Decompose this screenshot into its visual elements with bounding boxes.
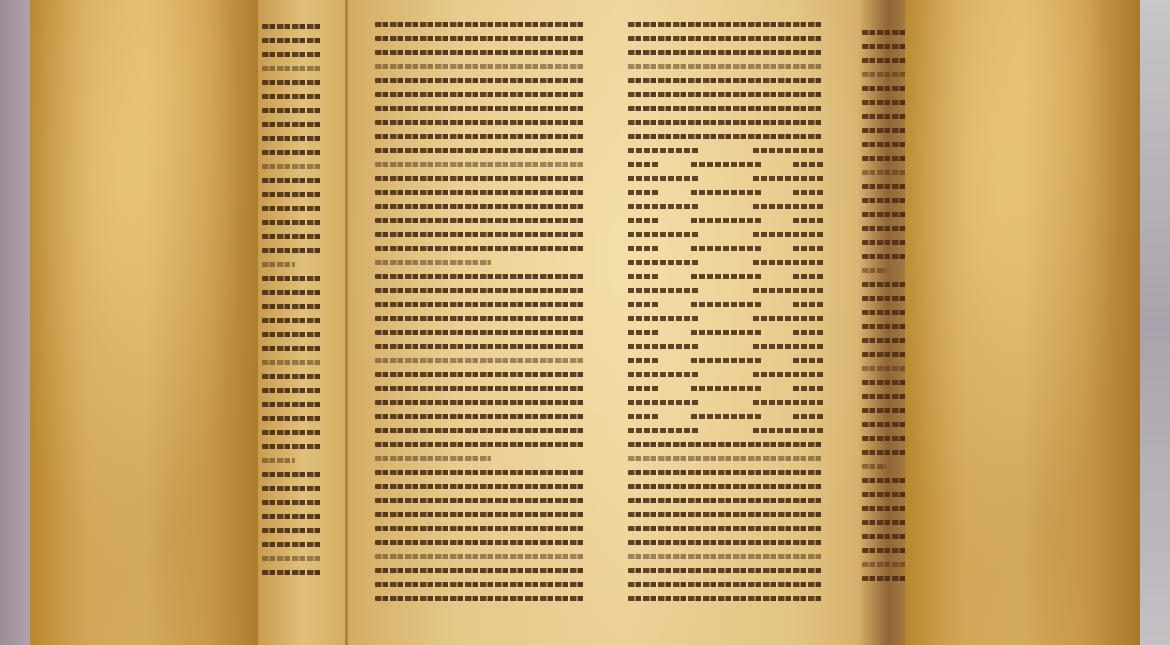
- song-line: [628, 190, 823, 195]
- text-line: [262, 570, 322, 575]
- song-line: [628, 176, 823, 181]
- text-line: [262, 136, 322, 141]
- text-line: [262, 556, 322, 561]
- text-line: [262, 220, 322, 225]
- text-line: [375, 162, 585, 167]
- song-line: [628, 428, 823, 433]
- text-line: [262, 416, 322, 421]
- text-line: [628, 22, 823, 27]
- text-line: [375, 288, 585, 293]
- text-line: [262, 444, 322, 449]
- text-line: [375, 134, 585, 139]
- text-line: [262, 304, 322, 309]
- text-line: [375, 218, 585, 223]
- text-line: [262, 430, 322, 435]
- text-line: [628, 512, 823, 517]
- text-line: [375, 316, 585, 321]
- song-line: [628, 400, 823, 405]
- text-line: [628, 442, 823, 447]
- text-line: [375, 400, 585, 405]
- text-line: [262, 192, 322, 197]
- text-line: [628, 92, 823, 97]
- text-line: [375, 568, 585, 573]
- text-line: [375, 36, 585, 41]
- song-line: [628, 204, 823, 209]
- text-line: [262, 150, 322, 155]
- text-line: [262, 486, 322, 491]
- text-line: [262, 262, 295, 267]
- song-line: [628, 414, 823, 419]
- song-line: [628, 260, 823, 265]
- text-line: [375, 148, 585, 153]
- text-line: [262, 164, 322, 169]
- song-line: [628, 162, 823, 167]
- text-line: [375, 274, 585, 279]
- text-column-center: [375, 22, 585, 610]
- text-line: [375, 596, 585, 601]
- text-line: [375, 428, 585, 433]
- text-line: [375, 456, 491, 461]
- text-line: [262, 346, 322, 351]
- text-line: [262, 402, 322, 407]
- song-line: [628, 344, 823, 349]
- text-line: [628, 554, 823, 559]
- text-line: [375, 302, 585, 307]
- song-line: [628, 288, 823, 293]
- text-line: [628, 120, 823, 125]
- text-line: [262, 276, 322, 281]
- text-line: [262, 290, 322, 295]
- song-line: [628, 232, 823, 237]
- text-line: [628, 78, 823, 83]
- text-line: [628, 596, 823, 601]
- text-line: [262, 178, 322, 183]
- text-line: [262, 206, 322, 211]
- text-line: [375, 22, 585, 27]
- text-line: [628, 498, 823, 503]
- text-line: [375, 50, 585, 55]
- text-line: [375, 526, 585, 531]
- text-line: [628, 484, 823, 489]
- scroll-roll-left: [30, 0, 265, 645]
- song-line: [628, 218, 823, 223]
- text-line: [375, 554, 585, 559]
- text-line: [262, 122, 322, 127]
- text-line: [262, 318, 322, 323]
- text-line: [375, 232, 585, 237]
- song-line: [628, 330, 823, 335]
- text-line: [262, 458, 295, 463]
- text-line: [262, 388, 322, 393]
- text-line: [375, 344, 585, 349]
- scroll-shadow: [858, 0, 908, 645]
- text-line: [375, 372, 585, 377]
- text-line: [375, 106, 585, 111]
- song-line: [628, 316, 823, 321]
- text-column-left: [262, 24, 322, 584]
- text-line: [375, 470, 585, 475]
- scroll-roll-right: [905, 0, 1140, 645]
- text-line: [375, 358, 585, 363]
- text-line: [262, 234, 322, 239]
- text-line: [262, 38, 322, 43]
- song-line: [628, 148, 823, 153]
- text-line: [375, 386, 585, 391]
- text-line: [375, 442, 585, 447]
- text-line: [375, 414, 585, 419]
- text-line: [375, 330, 585, 335]
- sheet-seam: [345, 0, 348, 645]
- text-line: [628, 64, 823, 69]
- song-line: [628, 302, 823, 307]
- text-line: [262, 248, 322, 253]
- text-line: [375, 260, 491, 265]
- song-line: [628, 372, 823, 377]
- song-line: [628, 358, 823, 363]
- text-line: [375, 78, 585, 83]
- text-line: [375, 540, 585, 545]
- text-line: [375, 120, 585, 125]
- text-line: [375, 190, 585, 195]
- text-line: [262, 24, 322, 29]
- text-line: [375, 204, 585, 209]
- text-line: [262, 52, 322, 57]
- text-line: [628, 106, 823, 111]
- song-line: [628, 386, 823, 391]
- text-line: [375, 498, 585, 503]
- text-line: [628, 470, 823, 475]
- text-column-song: [628, 22, 823, 610]
- text-line: [375, 582, 585, 587]
- text-line: [262, 374, 322, 379]
- text-line: [628, 36, 823, 41]
- text-line: [375, 512, 585, 517]
- text-line: [262, 66, 322, 71]
- text-line: [628, 540, 823, 545]
- text-line: [262, 514, 322, 519]
- text-line: [628, 456, 823, 461]
- text-line: [262, 542, 322, 547]
- text-line: [628, 526, 823, 531]
- song-line: [628, 246, 823, 251]
- text-line: [262, 528, 322, 533]
- text-line: [628, 134, 823, 139]
- text-line: [262, 80, 322, 85]
- text-line: [262, 472, 322, 477]
- text-line: [375, 246, 585, 251]
- text-line: [375, 176, 585, 181]
- text-line: [628, 50, 823, 55]
- text-line: [375, 64, 585, 69]
- text-line: [628, 568, 823, 573]
- text-line: [375, 92, 585, 97]
- text-line: [262, 108, 322, 113]
- text-line: [628, 582, 823, 587]
- text-line: [262, 500, 322, 505]
- text-line: [375, 484, 585, 489]
- song-line: [628, 274, 823, 279]
- text-line: [262, 360, 322, 365]
- text-line: [262, 94, 322, 99]
- text-line: [262, 332, 322, 337]
